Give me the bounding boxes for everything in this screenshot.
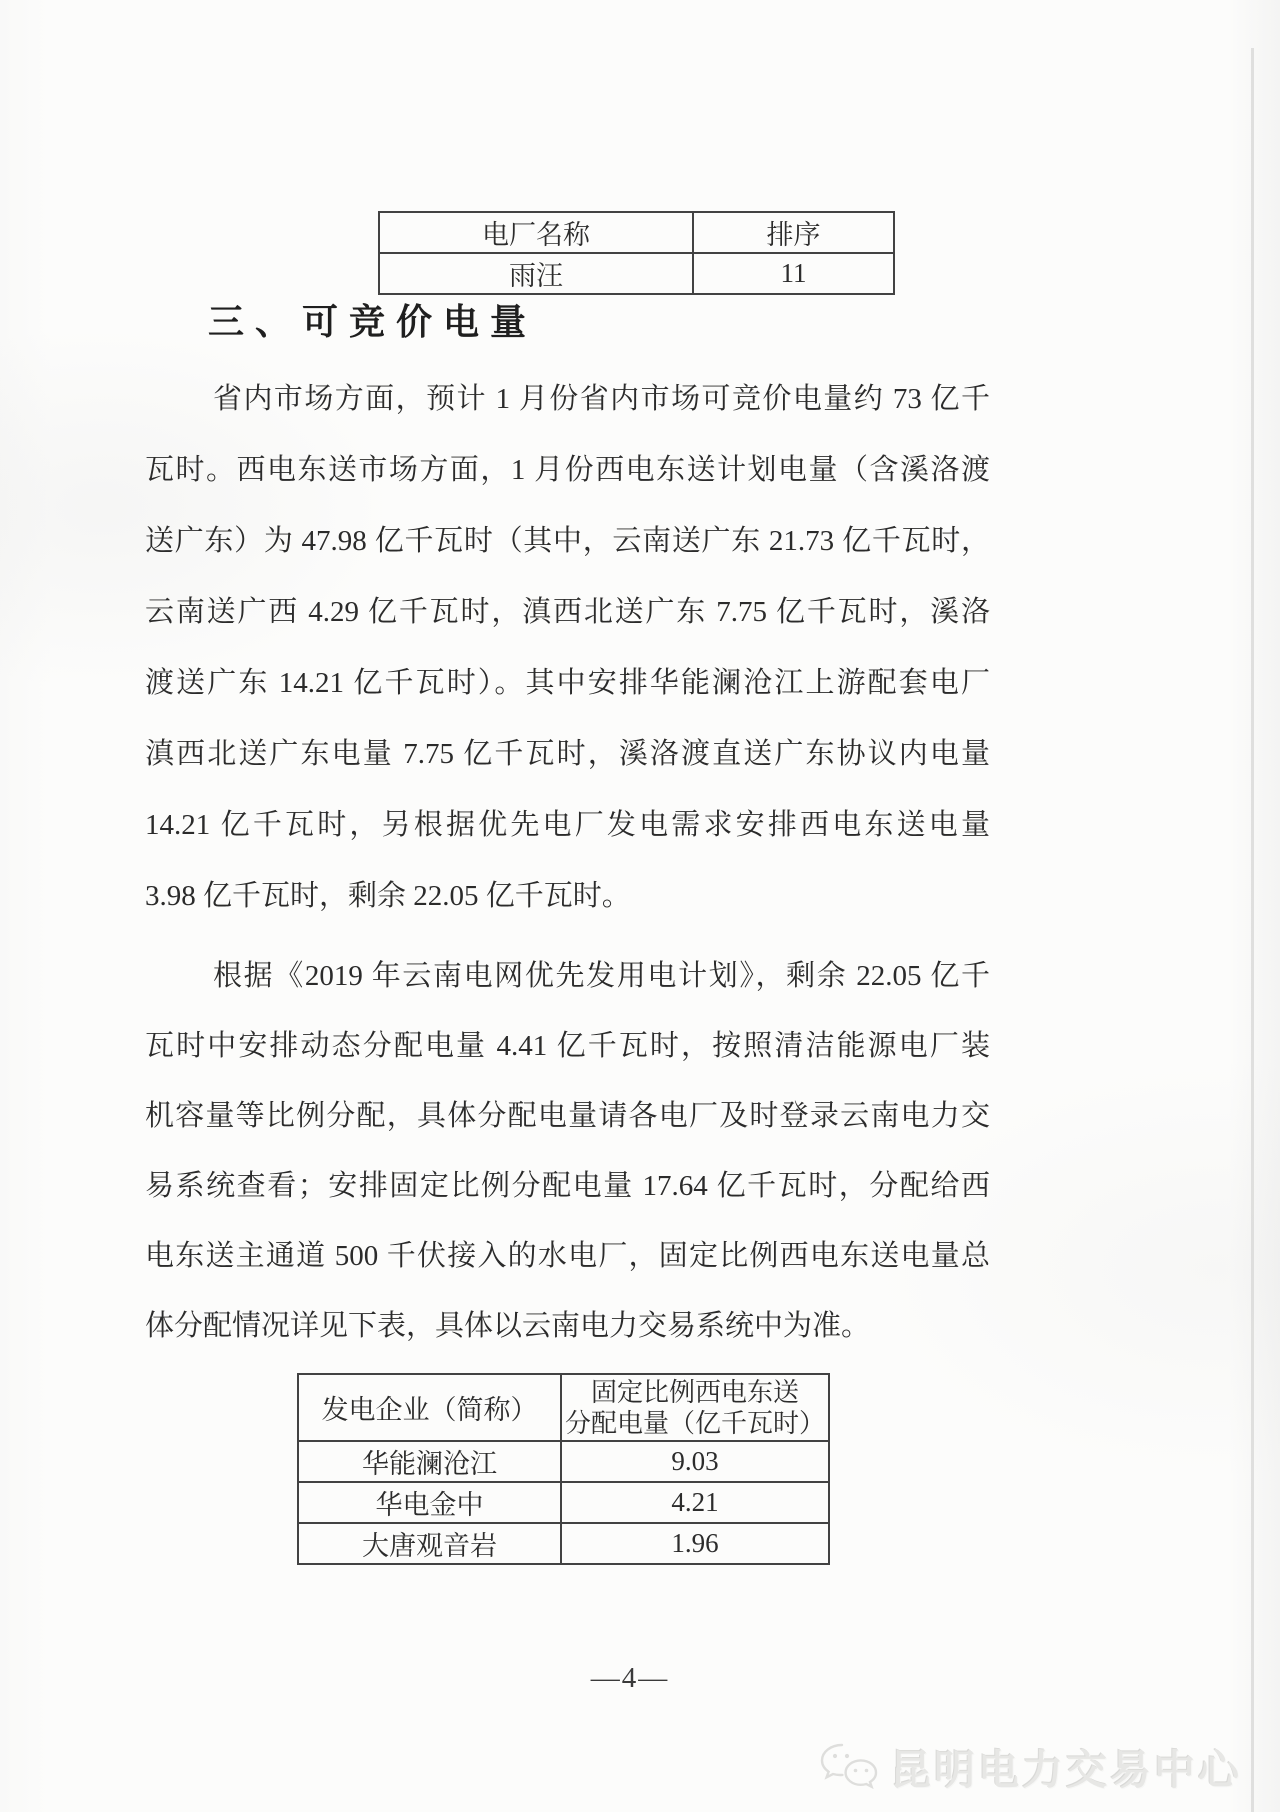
paragraph-line: 瓦时中安排动态分配电量 4.41 亿千瓦时，按照清洁能源电厂装 bbox=[145, 1011, 990, 1081]
paragraph-line: 14.21 亿千瓦时，另根据优先电厂发电需求安排西电东送电量 bbox=[145, 790, 990, 861]
page-number: —4— bbox=[430, 1659, 830, 1697]
allocation-header-quantity-line1: 固定比例西电东送 bbox=[562, 1377, 828, 1408]
ranking-header-row: 电厂名称 排序 bbox=[379, 212, 894, 253]
watermark: 昆明电力交易中心 bbox=[818, 1736, 1242, 1796]
ranking-header-plant-name: 电厂名称 bbox=[379, 212, 693, 253]
allocation-header-quantity: 固定比例西电东送 分配电量（亿千瓦时） bbox=[561, 1374, 829, 1441]
paragraph-line: 送广东）为 47.98 亿千瓦时（其中，云南送广东 21.73 亿千瓦时， bbox=[145, 506, 990, 577]
allocation-cell-value: 4.21 bbox=[561, 1482, 829, 1523]
paragraph-allocation-plan: 根据《2019 年云南电网优先发用电计划》，剩余 22.05 亿千 瓦时中安排动… bbox=[145, 941, 990, 1361]
paragraph-line: 根据《2019 年云南电网优先发用电计划》，剩余 22.05 亿千 bbox=[145, 941, 990, 1011]
section-heading: 三、可竞价电量 bbox=[208, 300, 537, 344]
allocation-header-company: 发电企业（简称） bbox=[298, 1374, 561, 1441]
paragraph-line: 易系统查看；安排固定比例分配电量 17.64 亿千瓦时，分配给西 bbox=[145, 1151, 990, 1221]
paragraph-line: 滇西北送广东电量 7.75 亿千瓦时，溪洛渡直送广东协议内电量 bbox=[145, 719, 990, 790]
allocation-header-row: 发电企业（简称） 固定比例西电东送 分配电量（亿千瓦时） bbox=[298, 1374, 829, 1441]
paragraph-line: 机容量等比例分配，具体分配电量请各电厂及时登录云南电力交 bbox=[145, 1081, 990, 1151]
paragraph-line: 电东送主通道 500 千伏接入的水电厂，固定比例西电东送电量总 bbox=[145, 1221, 990, 1291]
table-row: 雨汪 11 bbox=[379, 253, 894, 294]
allocation-cell-value: 9.03 bbox=[561, 1441, 829, 1482]
paragraph-line: 省内市场方面，预计 1 月份省内市场可竞价电量约 73 亿千 bbox=[145, 364, 990, 435]
paragraph-line: 瓦时。西电东送市场方面，1 月份西电东送计划电量（含溪洛渡 bbox=[145, 435, 990, 506]
allocation-cell-company: 华能澜沧江 bbox=[298, 1441, 561, 1482]
paragraph-line: 体分配情况详见下表，具体以云南电力交易系统中为准。 bbox=[145, 1291, 990, 1361]
fixed-ratio-allocation-table: 发电企业（简称） 固定比例西电东送 分配电量（亿千瓦时） 华能澜沧江 9.03 … bbox=[297, 1373, 830, 1565]
table-row: 华能澜沧江 9.03 bbox=[298, 1441, 829, 1482]
document-page: 电厂名称 排序 雨汪 11 三、可竞价电量 省内市场方面，预计 1 月份省内市场… bbox=[0, 0, 1280, 1812]
paragraph-line: 渡送广东 14.21 亿千瓦时）。其中安排华能澜沧江上游配套电厂 bbox=[145, 648, 990, 719]
plant-ranking-table: 电厂名称 排序 雨汪 11 bbox=[378, 211, 895, 295]
allocation-cell-value: 1.96 bbox=[561, 1523, 829, 1564]
watermark-label: 昆明电力交易中心 bbox=[890, 1737, 1242, 1796]
allocation-header-quantity-line2: 分配电量（亿千瓦时） bbox=[562, 1408, 828, 1439]
ranking-header-rank: 排序 bbox=[693, 212, 894, 253]
table-row: 华电金中 4.21 bbox=[298, 1482, 829, 1523]
paragraph-line: 3.98 亿千瓦时，剩余 22.05 亿千瓦时。 bbox=[145, 861, 990, 932]
paragraph-line: 云南送广西 4.29 亿千瓦时，滇西北送广东 7.75 亿千瓦时，溪洛 bbox=[145, 577, 990, 648]
allocation-cell-company: 大唐观音岩 bbox=[298, 1523, 561, 1564]
ranking-cell-plant-name: 雨汪 bbox=[379, 253, 693, 294]
paragraph-biddable-quantity: 省内市场方面，预计 1 月份省内市场可竞价电量约 73 亿千 瓦时。西电东送市场… bbox=[145, 364, 990, 932]
allocation-cell-company: 华电金中 bbox=[298, 1482, 561, 1523]
ranking-cell-rank: 11 bbox=[693, 253, 894, 294]
scan-edge-line bbox=[1251, 48, 1254, 1812]
table-row: 大唐观音岩 1.96 bbox=[298, 1523, 829, 1564]
wechat-icon bbox=[818, 1739, 880, 1793]
